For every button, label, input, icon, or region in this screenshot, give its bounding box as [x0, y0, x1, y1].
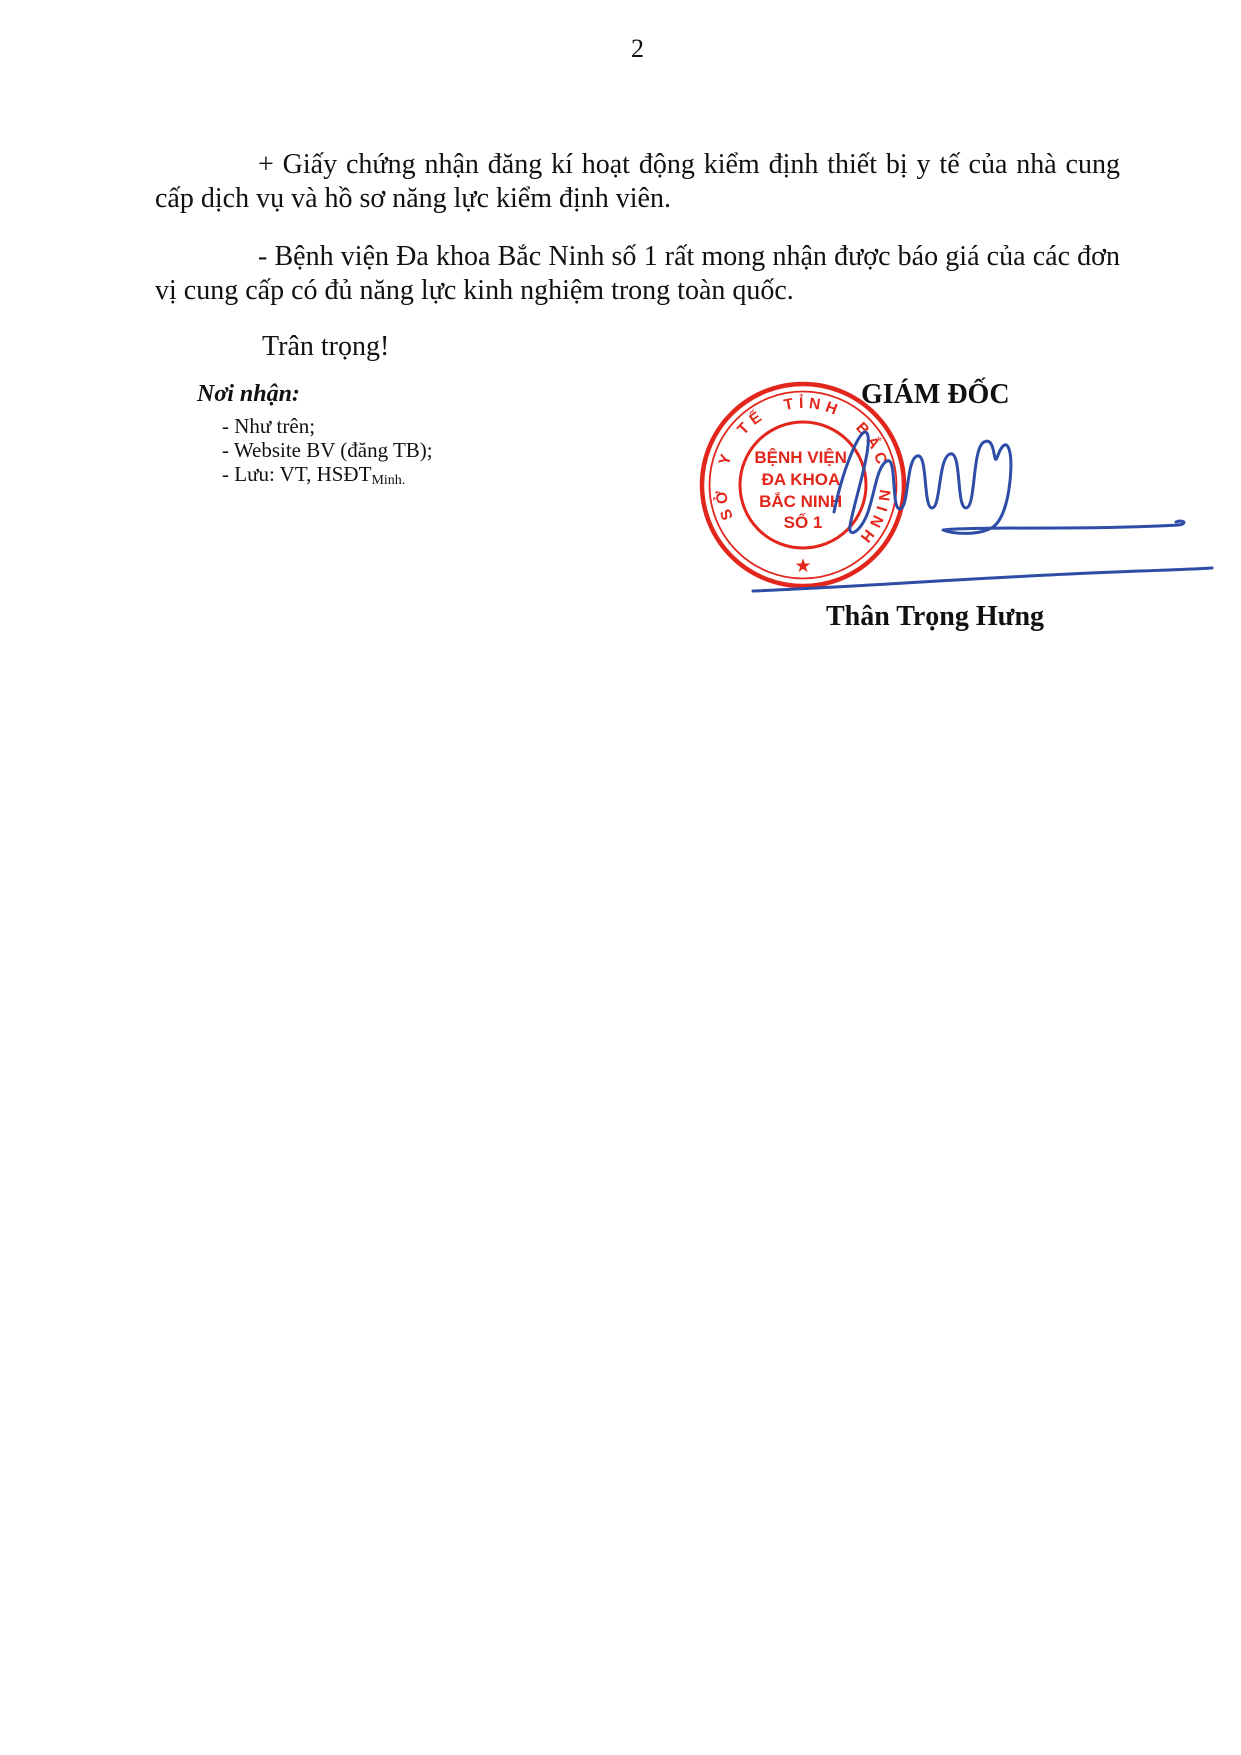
paragraph-request: - Bệnh viện Đa khoa Bắc Ninh số 1 rất mo… — [155, 240, 1120, 308]
signature-underline-stroke — [753, 568, 1212, 591]
letter-body: + Giấy chứng nhận đăng kí hoạt động kiểm… — [155, 148, 1120, 364]
page-number: 2 — [155, 0, 1120, 64]
signature-main-stroke — [834, 432, 1184, 533]
recipients-heading: Nơi nhận: — [197, 380, 300, 408]
signature-section: Nơi nhận: - Như trên; - Website BV (đăng… — [0, 378, 1241, 718]
signer-name: Thân Trọng Hưng — [825, 602, 1045, 632]
recipient-item: - Lưu: VT, HSĐTMinh. — [222, 462, 433, 493]
document-page: { "page": { "number": "2" }, "body": { "… — [0, 0, 1241, 1755]
recipient-item: - Website BV (đăng TB); — [222, 438, 433, 462]
recipients-list: - Như trên; - Website BV (đăng TB); - Lư… — [222, 414, 433, 493]
archive-initials-subscript: Minh. — [371, 473, 405, 488]
paragraph-certificates: + Giấy chứng nhận đăng kí hoạt động kiểm… — [155, 148, 1120, 216]
recipient-item: - Như trên; — [222, 414, 433, 438]
signature-scribble — [715, 388, 1237, 608]
closing-salutation: Trân trọng! — [155, 330, 1120, 364]
